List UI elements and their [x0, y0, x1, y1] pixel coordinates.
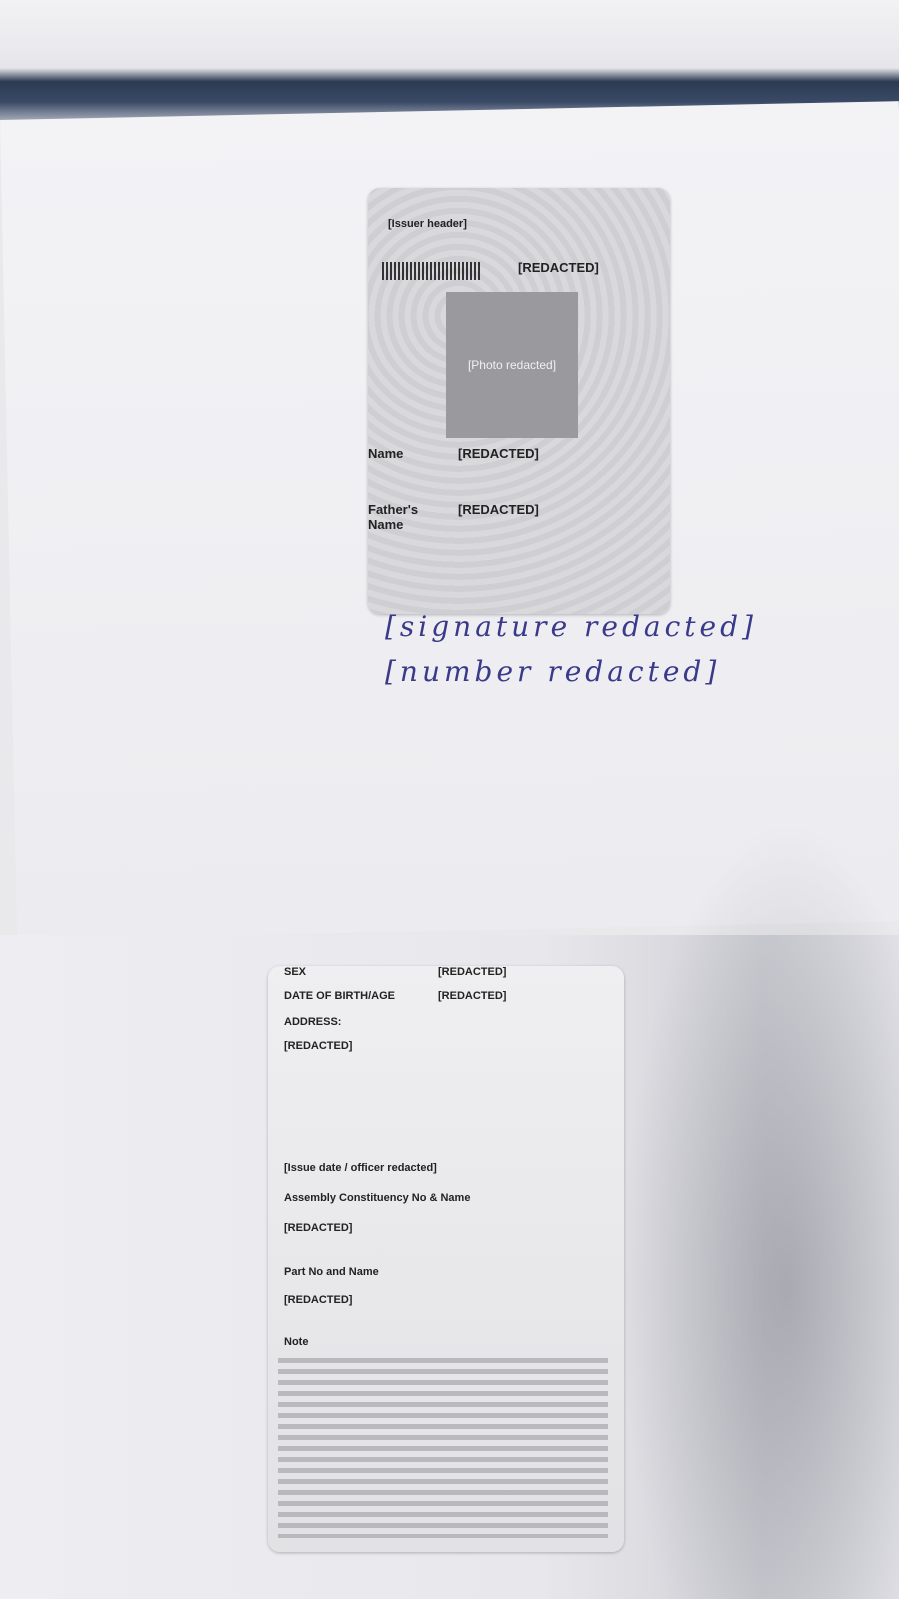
handwritten-phone: [number redacted] — [385, 655, 720, 688]
shadow — [620, 820, 899, 1599]
sex-label: SEX — [284, 966, 306, 978]
issuer-header: [Issuer header] — [388, 218, 467, 230]
dob-value: [REDACTED] — [438, 990, 506, 1002]
photo-placeholder: [Photo redacted] — [446, 292, 578, 438]
handwritten-signature: [signature redacted] — [385, 610, 757, 643]
id-card-back: SEX [REDACTED] DATE OF BIRTH/AGE [REDACT… — [268, 966, 624, 1552]
issue-date-line: [Issue date / officer redacted] — [284, 1162, 437, 1174]
part-value: [REDACTED] — [284, 1294, 352, 1306]
id-card-front: [Issuer header] [REDACTED] [Photo redact… — [368, 188, 670, 614]
id-number: [REDACTED] — [518, 260, 599, 275]
part-label: Part No and Name — [284, 1266, 379, 1278]
address-label: ADDRESS: — [284, 1016, 341, 1028]
note-label: Note — [284, 1336, 308, 1348]
note-text-block — [278, 1358, 608, 1538]
address-value: [REDACTED] — [284, 1040, 352, 1052]
constituency-value: [REDACTED] — [284, 1222, 352, 1234]
name-label: Name — [368, 446, 403, 461]
father-label: Father's Name — [368, 502, 448, 532]
sex-value: [REDACTED] — [438, 966, 506, 978]
name-value: [REDACTED] — [458, 446, 539, 461]
dob-label: DATE OF BIRTH/AGE — [284, 990, 395, 1002]
barcode — [382, 262, 482, 280]
father-value: [REDACTED] — [458, 502, 539, 517]
constituency-label: Assembly Constituency No & Name — [284, 1192, 470, 1204]
